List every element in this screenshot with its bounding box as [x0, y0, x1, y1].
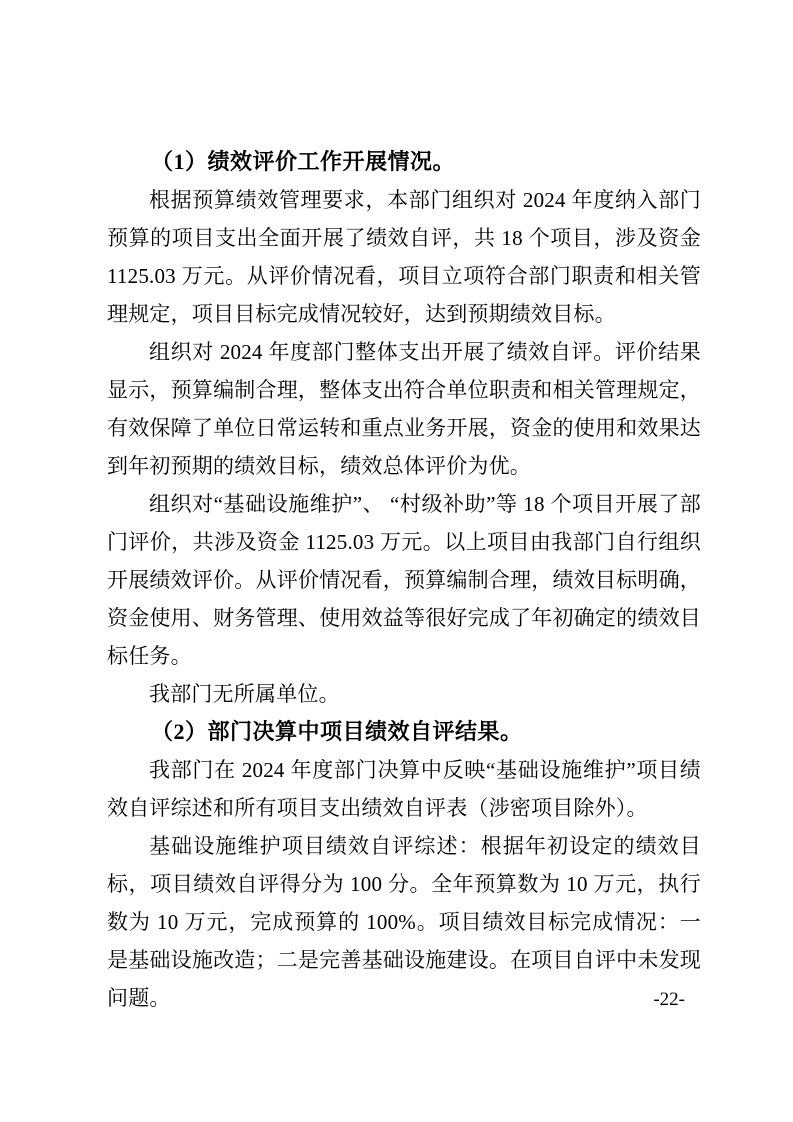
paragraph-no-subordinate-units: 我部门无所属单位。: [107, 675, 701, 713]
paragraph-overall-expenditure-evaluation: 组织对 2024 年度部门整体支出开展了绩效自评。评价结果显示，预算编制合理，整…: [107, 333, 701, 485]
section-heading-final-accounts-self-evaluation: （2）部门决算中项目绩效自评结果。: [107, 713, 701, 751]
paragraph-infrastructure-maintenance-summary: 基础设施维护项目绩效自评综述：根据年初设定的绩效目标，项目绩效自评得分为 100…: [107, 827, 701, 1017]
page-number: -22-: [653, 989, 685, 1011]
paragraph-department-evaluation-projects: 组织对“基础设施维护”、 “村级补助”等 18 个项目开展了部门评价，共涉及资金…: [107, 485, 701, 675]
section-heading-performance-evaluation: （1）绩效评价工作开展情况。: [107, 143, 701, 181]
document-page: （1）绩效评价工作开展情况。 根据预算绩效管理要求，本部门组织对 2024 年度…: [0, 0, 793, 1122]
paragraph-self-evaluation-overview: 根据预算绩效管理要求，本部门组织对 2024 年度纳入部门预算的项目支出全面开展…: [107, 181, 701, 333]
document-body: （1）绩效评价工作开展情况。 根据预算绩效管理要求，本部门组织对 2024 年度…: [107, 143, 701, 1017]
paragraph-final-accounts-reflection: 我部门在 2024 年度部门决算中反映“基础设施维护”项目绩效自评综述和所有项目…: [107, 751, 701, 827]
